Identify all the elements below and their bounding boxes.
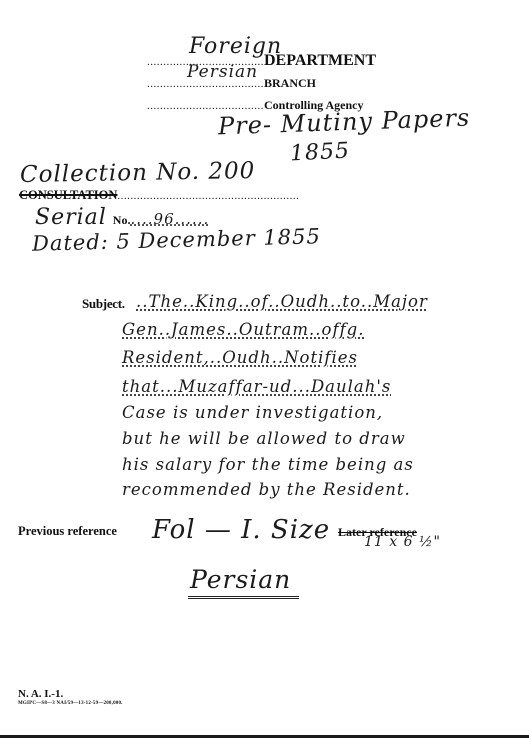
branch-row: .................................... Per… — [147, 74, 316, 92]
subject-line: his salary for the time being as — [122, 455, 414, 474]
subject-line: recommended by the Resident. — [122, 480, 411, 499]
serial-value: ....96...... — [130, 210, 209, 228]
department-value: Foreign — [189, 34, 282, 59]
form-code: N. A. I.-1. — [18, 688, 63, 700]
subject-line: Gen..James..Outram..offg. — [122, 320, 364, 339]
size-value: 11 x 6 ½" — [364, 534, 441, 550]
agency-dots: .................................... — [147, 100, 264, 112]
language-note: Persian — [188, 565, 299, 599]
branch-value: Persian — [187, 62, 258, 82]
subject-line: that...Muzaffar-ud...Daulah's — [122, 377, 391, 396]
collection-number: Collection No. 200 — [20, 158, 256, 188]
consultation-row: CONSULTATION............................… — [19, 188, 299, 203]
archival-file-cover: .................................... For… — [0, 0, 529, 738]
subject-line: Resident,..Oudh..Notifies — [122, 348, 358, 367]
serial-label: No. — [113, 213, 131, 227]
notation-year: 1855 — [289, 138, 350, 166]
subject-line: Case is under investigation, — [122, 403, 383, 422]
subject-line: but he will be allowed to draw — [122, 429, 406, 448]
serial-row: SerialNo.....96...... — [35, 205, 209, 230]
consultation-label: CONSULTATION — [19, 188, 117, 202]
consultation-dots: ........................................… — [117, 190, 299, 202]
branch-label: BRANCH — [264, 76, 316, 90]
folio-size-note: Fol — I. Size — [152, 515, 330, 545]
subject-line: ..The..King..of..Oudh..to..Major — [136, 292, 428, 311]
subject-label: Subject. — [82, 296, 125, 312]
printer-imprint: MGIPC—S8—3 NAI/59—13-12-59—200,000. — [18, 701, 123, 706]
serial-prefix: Serial — [35, 205, 107, 230]
department-row: .................................... For… — [147, 52, 376, 70]
previous-reference-label: Previous reference — [18, 524, 117, 539]
